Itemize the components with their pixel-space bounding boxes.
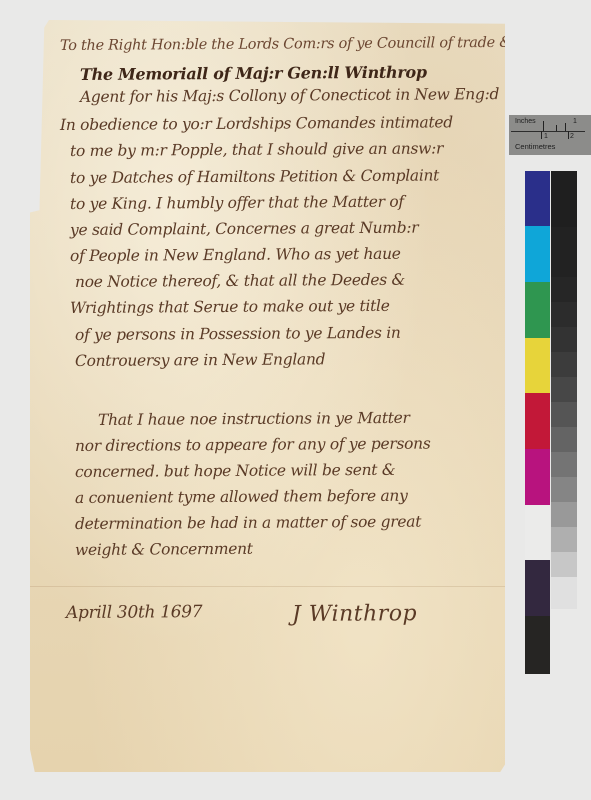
gray-step [551,327,577,352]
body-line-3: to ye Datches of Hamiltons Petition & Co… [70,166,439,187]
patch-blue [525,171,550,226]
tick [543,121,544,131]
gray-step [551,427,577,452]
gray-step [551,502,577,527]
patch-yellow [525,338,550,393]
gray-step [551,402,577,427]
manuscript-page: To the Right Hon:ble the Lords Com:rs of… [30,20,505,772]
gray-step [551,171,577,227]
agent-line: Agent for his Maj:s Collony of Conectico… [80,85,499,106]
color-patches [525,171,550,674]
gray-scale [551,171,577,609]
patch-magenta [525,449,550,505]
scale-ruler: Inches 1 1 2 Centimetres [509,115,591,155]
gray-step [551,352,577,377]
tick [541,131,542,139]
gray-step [551,527,577,552]
signature: J Winthrop [292,601,417,627]
gray-step [551,452,577,477]
body-line-7: noe Notice thereof, & that all the Deede… [75,271,405,291]
body-line-2: to me by m:r Popple, that I should give … [70,139,443,160]
gray-step [551,377,577,402]
inches-label: Inches [515,118,536,125]
gray-step [551,577,577,609]
body-line-6: of People in New England. Who as yet hau… [70,245,401,265]
date: Aprill 30th 1697 [66,602,202,623]
body-line-1: In obedience to yo:r Lordships Comandes … [60,113,453,134]
gray-step [551,552,577,577]
handwritten-text: To the Right Hon:ble the Lords Com:rs of… [30,20,505,772]
inch-scale: Inches 1 [511,117,585,132]
tick [568,131,569,139]
patch-white [525,505,550,560]
body2-line-6: weight & Concernment [75,540,253,559]
cm-tick-1: 1 [544,133,548,140]
body-line-5: ye said Complaint, Concernes a great Num… [70,219,418,239]
body2-line-4: a conuenient tyme allowed them before an… [75,487,408,507]
patch-red [525,393,550,449]
patch-three-quarter [525,560,550,616]
address-line: To the Right Hon:ble the Lords Com:rs of… [60,35,558,54]
tick [565,123,566,131]
body-line-8: Wrightings that Serue to make out ye tit… [70,297,390,317]
gray-step [551,227,577,277]
body2-line-5: determination be had in a matter of soe … [75,513,421,533]
body-line-10: Controuersy are in New England [75,350,325,370]
cm-tick-2: 2 [570,133,574,140]
gray-step [551,277,577,302]
body-line-9: of ye persons in Possession to ye Landes… [75,324,401,344]
body-line-4: to ye King. I humbly offer that the Matt… [70,193,404,213]
tick [556,125,557,131]
patch-black [525,616,550,674]
memorial-title: The Memoriall of Maj:r Gen:ll Winthrop [80,63,427,84]
gray-step [551,477,577,502]
centimetres-label: Centimetres [515,142,555,151]
gray-step [551,302,577,327]
patch-cyan [525,226,550,282]
patch-green [525,282,550,338]
body2-line-2: nor directions to appeare for any of ye … [75,435,431,455]
inch-tick-label: 1 [573,118,577,125]
body2-line-1: That I haue noe instructions in ye Matte… [98,409,410,429]
body2-line-3: concerned. but hope Notice will be sent … [75,461,395,481]
